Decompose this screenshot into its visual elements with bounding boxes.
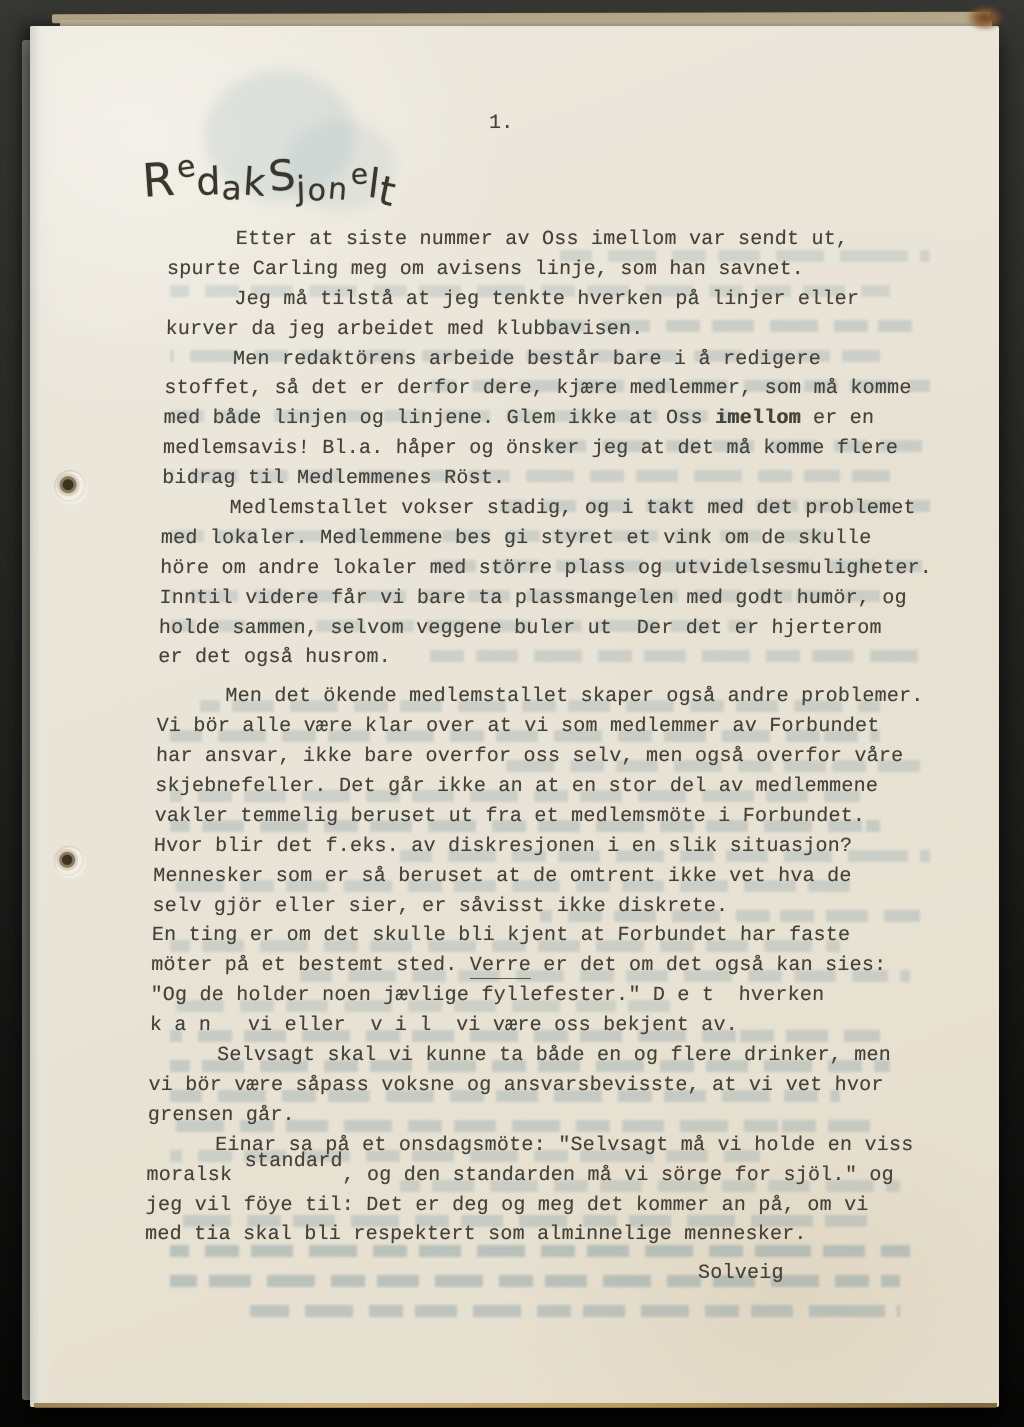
bleed-through-line [170,1275,900,1287]
body-text: Etter at siste nummer av Oss imellom var… [145,225,968,1250]
text-line: Mennesker som er så beruset at de omtren… [153,862,954,892]
text-line: möter på et bestemt sted. Verre er det o… [151,951,952,981]
text-line: med tia skal bli respektert som alminnel… [145,1220,946,1250]
text-segment: Mennesker som er så beruset at de omtren… [153,865,852,888]
text-line: kurver da jeg arbeidet med klubbavisen. [165,315,966,345]
text-segment: Men redaktörens arbeide består bare i å … [233,348,822,371]
text-line: med lokaler. Medlemmene bes gi styret et… [161,524,962,554]
text-line: Men redaktörens arbeide består bare i å … [165,345,966,375]
title-letter: S [266,150,298,202]
text-segment: En ting er om det skulle bli kjent at Fo… [152,924,851,947]
text-segment: Selvsagt skal vi kunne ta både en og fle… [217,1044,891,1067]
text-segment: k a n vi eller v i l vi være oss bekjent… [150,1014,739,1037]
text-segment: vakler temmelig beruset ut fra et medlem… [154,805,865,828]
text-line: bidrag til Medlemmenes Röst. [162,464,963,494]
text-segment: Medlemstallet vokser stadig, og i takt m… [229,497,916,520]
text-segment: imellom [715,407,801,430]
text-line: Vi bör alle være klar over at vi som med… [156,712,957,742]
text-line: "Og de holder noen jævlige fyllefester."… [150,981,951,1011]
text-line: Medlemstallet vokser stadig, og i takt m… [161,494,962,524]
text-segment: Jeg må tilstå at jeg tenkte hverken på l… [234,288,859,311]
title-letter: k [242,159,267,204]
text-segment: Vi bör alle være klar over at vi som med… [156,715,879,738]
title-letter: o [307,173,327,209]
text-segment: jeg vil föye til: Det er deg og meg det … [145,1194,868,1217]
text-segment: möter på et bestemt sted. [151,954,470,977]
text-segment: Hvor blir det f.eks. av diskresjonen i e… [154,835,853,858]
text-line: med både linjen og linjene. Glem ikke at… [163,404,964,434]
text-line: medlemsavis! Bl.a. håper og önsker jeg a… [163,434,964,464]
text-line: Inntil videre får vi bare ta plassmangel… [159,584,960,614]
text-segment: "Og de holder noen jævlige fyllefester."… [150,984,824,1007]
text-segment: er det om det også kan sies: [531,954,887,977]
text-segment: Men det ökende medlemstallet skaper også… [225,685,924,708]
scanned-document: 1. RedakSjonelt Etter at siste nummer av… [0,0,1024,1427]
text-line: moralsk standard, og den standarden må v… [146,1161,947,1191]
text-segment: Verre [469,954,531,979]
text-line: Hvor blir det f.eks. av diskresjonen i e… [154,832,955,862]
title-letter: R [141,152,177,208]
text-segment: skjebnefeller. Det går ikke an at en sto… [155,775,878,798]
bleed-through-line [250,1305,900,1317]
text-segment: er en [800,407,874,430]
text-segment: stoffet, så det er derfor dere, kjære me… [164,377,912,400]
text-segment: med tia skal bli respektert som alminnel… [145,1223,807,1246]
title-letter: a [221,168,243,208]
text-line: selv gjör eller sier, er såvisst ikke di… [152,892,953,922]
text-segment: höre om andre lokaler med större plass o… [160,557,932,580]
title-letter: e [350,157,369,191]
text-segment: standard [244,1147,343,1177]
text-line: k a n vi eller v i l vi være oss bekjent… [149,1011,950,1041]
title-letter: d [196,159,222,204]
text-line: En ting er om det skulle bli kjent at Fo… [152,921,953,951]
text-segment: spurte Carling meg om avisens linje, som… [167,258,805,281]
text-segment: kurver da jeg arbeidet med klubbavisen. [165,318,643,341]
page-number: 1. [489,112,514,135]
text-line: Selvsagt skal vi kunne ta både en og fle… [149,1041,950,1071]
text-line: spurte Carling meg om avisens linje, som… [167,255,968,285]
signature: Solveig [698,1262,784,1285]
text-segment: med lokaler. Medlemmene bes gi styret et… [161,527,872,550]
text-line: Jeg må tilstå at jeg tenkte hverken på l… [166,285,967,315]
text-line: holde sammen, selvom veggene buler ut De… [159,614,960,644]
text-line: Etter at siste nummer av Oss imellom var… [167,225,968,255]
text-segment: vi bör være såpass voksne og ansvarsbevi… [148,1074,884,1097]
punch-hole [54,470,86,502]
text-segment: er det også husrom. [158,646,391,669]
title-letter: n [327,171,349,208]
text-line: stoffet, så det er derfor dere, kjære me… [164,374,965,404]
text-segment: selv gjör eller sier, er såvisst ikke di… [152,895,728,918]
text-segment: med både linjen og linjene. Glem ikke at… [163,407,715,430]
punch-hole [54,846,84,876]
text-segment: grensen går. [148,1104,296,1127]
text-line: Men det ökende medlemstallet skaper også… [157,682,958,712]
text-line: har ansvar, ikke bare overfor oss selv, … [156,742,957,772]
title-letter: j [296,169,307,208]
text-segment: , og den standarden må vi sörge for sjöl… [342,1164,894,1187]
text-segment: Etter at siste nummer av Oss imellom var… [235,228,848,251]
text-line: höre om andre lokaler med större plass o… [160,554,961,584]
text-line: grensen går. [147,1101,948,1131]
text-segment: bidrag til Medlemmenes Röst. [162,467,506,490]
text-segment: har ansvar, ikke bare overfor oss selv, … [156,745,904,768]
text-segment: medlemsavis! Bl.a. håper og önsker jeg a… [163,437,899,460]
text-line: er det også husrom. [158,643,959,673]
text-segment: moralsk [146,1164,245,1187]
text-segment: Inntil videre får vi bare ta plassmangel… [159,587,907,610]
text-line: vi bör være såpass voksne og ansvarsbevi… [148,1071,949,1101]
stain [966,5,1004,31]
text-line: skjebnefeller. Det går ikke an at en sto… [155,772,956,802]
paper-page: 1. RedakSjonelt Etter at siste nummer av… [30,26,999,1407]
text-line: jeg vil föye til: Det er deg og meg det … [145,1191,946,1221]
title-letter: e [174,149,197,186]
text-line: vakler temmelig beruset ut fra et medlem… [154,802,955,832]
text-segment: holde sammen, selvom veggene buler ut De… [159,617,882,640]
